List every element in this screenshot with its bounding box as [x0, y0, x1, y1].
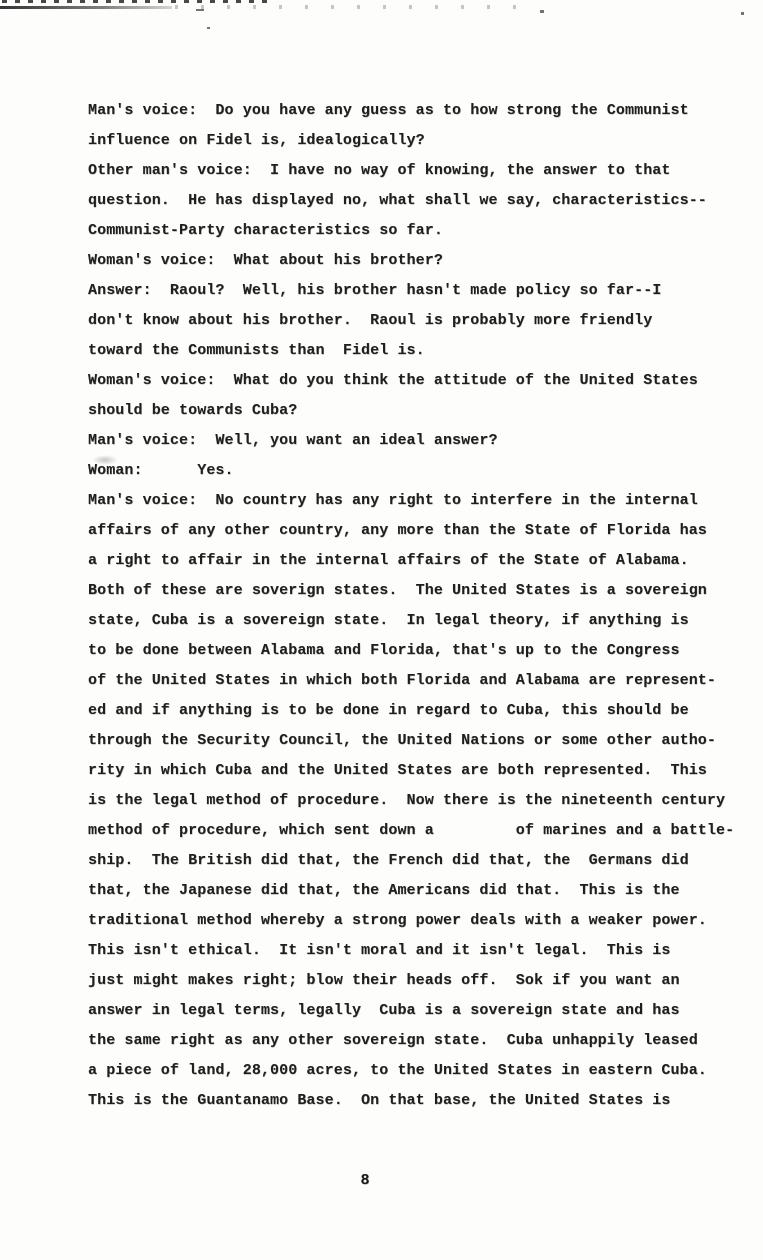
text-line: rity in which Cuba and the United States…	[88, 756, 748, 786]
scan-noise-streak	[0, 6, 172, 9]
text-line: Man's voice: No country has any right to…	[88, 486, 748, 516]
text-line: traditional method whereby a strong powe…	[88, 906, 748, 936]
text-line: affairs of any other country, any more t…	[88, 516, 748, 546]
text-line: just might makes right; blow their heads…	[88, 966, 748, 996]
scan-noise-dashed-line	[2, 0, 270, 3]
text-line: Other man's voice: I have no way of know…	[88, 156, 748, 186]
text-line: influence on Fidel is, idealogically?	[88, 126, 748, 156]
text-line: Man's voice: Well, you want an ideal ans…	[88, 426, 748, 456]
text-line: question. He has displayed no, what shal…	[88, 186, 748, 216]
text-line: Man's voice: Do you have any guess as to…	[88, 96, 748, 126]
text-line: Woman's voice: What do you think the att…	[88, 366, 748, 396]
text-line: Communist-Party characteristics so far.	[88, 216, 748, 246]
text-line: of the United States in which both Flori…	[88, 666, 748, 696]
text-line: toward the Communists than Fidel is.	[88, 336, 748, 366]
scan-noise-dots	[175, 5, 535, 9]
text-line: don't know about his brother. Raoul is p…	[88, 306, 748, 336]
text-line: through the Security Council, the United…	[88, 726, 748, 756]
scan-speck	[207, 27, 210, 29]
scan-speck	[196, 9, 204, 11]
text-line: a right to affair in the internal affair…	[88, 546, 748, 576]
text-line: Both of these are soverign states. The U…	[88, 576, 748, 606]
text-line: ship. The British did that, the French d…	[88, 846, 748, 876]
text-line: Answer: Raoul? Well, his brother hasn't …	[88, 276, 748, 306]
text-line: answer in legal terms, legally Cuba is a…	[88, 996, 748, 1026]
page-number: 8	[0, 1172, 730, 1189]
text-line: This is the Guantanamo Base. On that bas…	[88, 1086, 748, 1116]
text-line: method of procedure, which sent down a o…	[88, 816, 748, 846]
text-line: the same right as any other sovereign st…	[88, 1026, 748, 1056]
text-line: is the legal method of procedure. Now th…	[88, 786, 748, 816]
text-line: Woman's voice: What about his brother?	[88, 246, 748, 276]
text-line: to be done between Alabama and Florida, …	[88, 636, 748, 666]
text-line: This isn't ethical. It isn't moral and i…	[88, 936, 748, 966]
document-page: Man's voice: Do you have any guess as to…	[0, 0, 763, 1260]
text-line: that, the Japanese did that, the America…	[88, 876, 748, 906]
scan-speck	[540, 10, 544, 13]
scan-speck	[741, 12, 744, 15]
document-body: Man's voice: Do you have any guess as to…	[88, 96, 748, 1116]
text-line: state, Cuba is a sovereign state. In leg…	[88, 606, 748, 636]
text-line: should be towards Cuba?	[88, 396, 748, 426]
text-line: a piece of land, 28,000 acres, to the Un…	[88, 1056, 748, 1086]
text-line: Woman: Yes.	[88, 456, 748, 486]
text-line: ed and if anything is to be done in rega…	[88, 696, 748, 726]
